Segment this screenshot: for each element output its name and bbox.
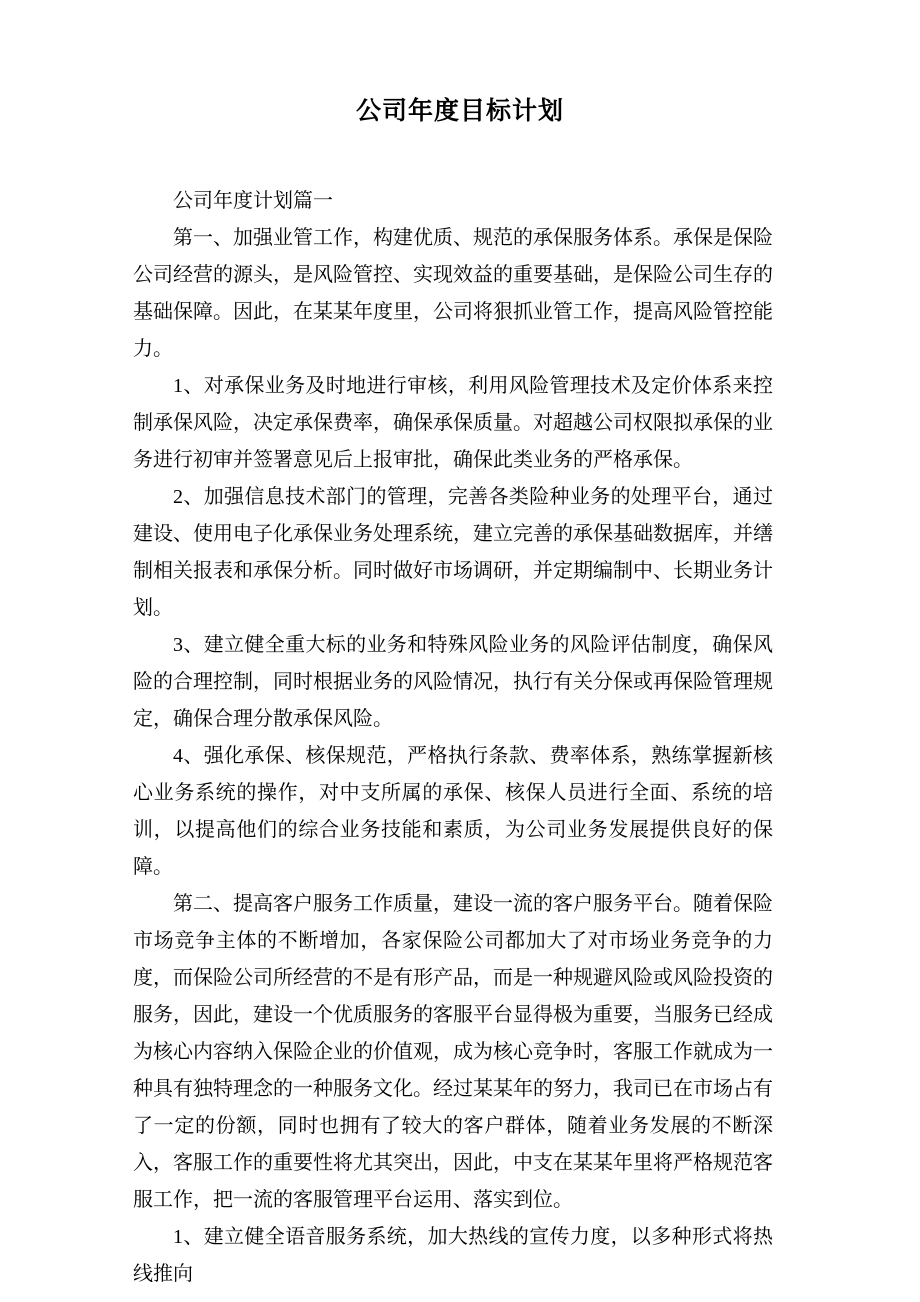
body-paragraph-3: 2、加强信息技术部门的管理，完善各类险种业务的处理平台，通过建设、使用电子化承保… [133,479,773,627]
document-page: 公司年度目标计划 公司年度计划篇一 第一、加强业管工作，构建优质、规范的承保服务… [0,0,920,1302]
body-paragraph-6: 第二、提高客户服务工作质量，建设一流的客户服务平台。随着保险市场竞争主体的不断增… [133,886,773,1219]
body-paragraph-2: 1、对承保业务及时地进行审核，利用风险管理技术及定价体系来控制承保风险，决定承保… [133,368,773,479]
body-paragraph-5: 4、强化承保、核保规范，严格执行条款、费率体系，熟练掌握新核心业务系统的操作，对… [133,738,773,886]
body-paragraph-7: 1、建立健全语音服务系统，加大热线的宣传力度，以多种形式将热线推向 [133,1219,773,1293]
body-paragraph-1: 第一、加强业管工作，构建优质、规范的承保服务体系。承保是保险公司经营的源头，是风… [133,220,773,368]
body-paragraph-4: 3、建立健全重大标的业务和特殊风险业务的风险评估制度，确保风险的合理控制，同时根… [133,627,773,738]
section-label: 公司年度计划篇一 [133,183,773,220]
document-body: 公司年度计划篇一 第一、加强业管工作，构建优质、规范的承保服务体系。承保是保险公… [0,183,920,1293]
document-title: 公司年度目标计划 [0,0,920,125]
